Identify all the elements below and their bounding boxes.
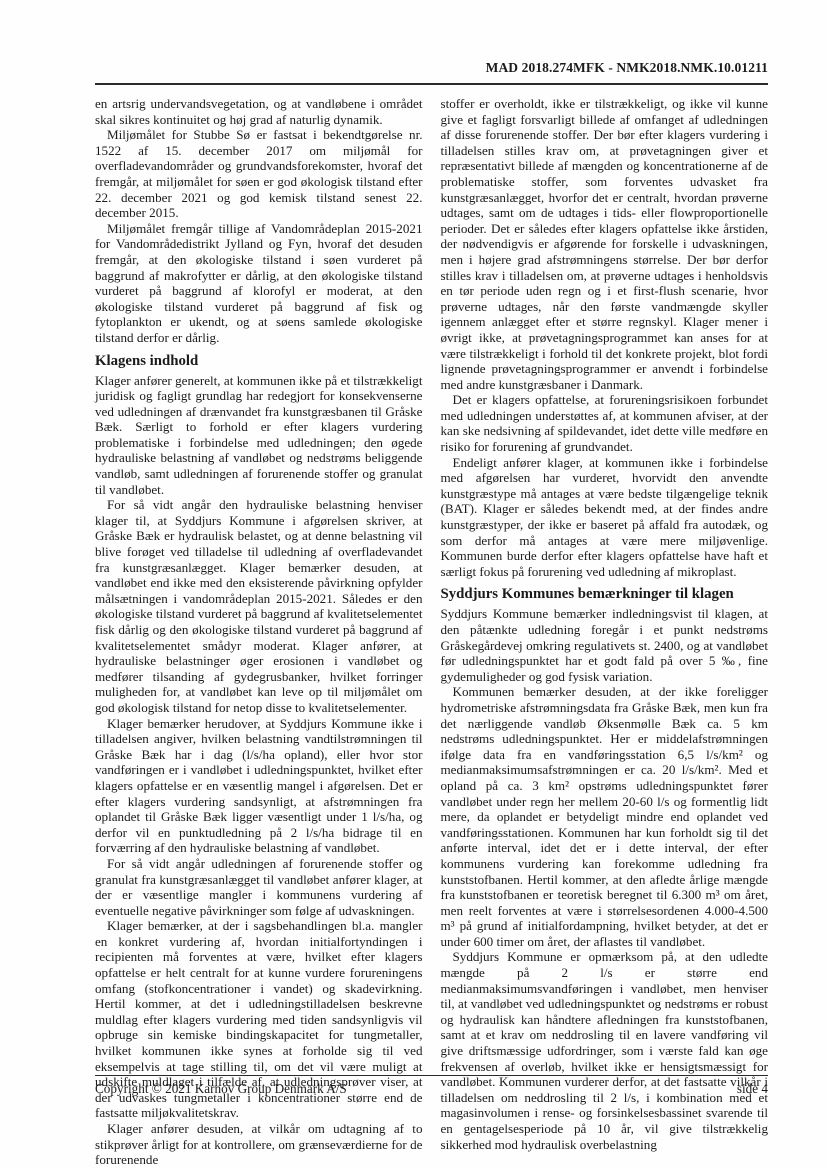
section-heading-klagens-indhold: Klagens indhold (95, 353, 423, 370)
paragraph: For så vidt angår den hydrauliske belast… (95, 497, 423, 715)
section-heading-kommunens-bemaerkninger: Syddjurs Kommunes bemærkninger til klage… (441, 586, 769, 603)
document-body: en artsrig undervandsvegetation, og at v… (95, 96, 768, 1168)
paragraph: en artsrig undervandsvegetation, og at v… (95, 96, 423, 127)
header-divider (95, 83, 768, 85)
paragraph: Kommunen bemærker desuden, at der ikke f… (441, 684, 769, 949)
paragraph: Klager bemærker herudover, at Syddjurs K… (95, 716, 423, 856)
paragraph: Miljømålet fremgår tillige af Vandområde… (95, 221, 423, 346)
column-right: stoffer er overholdt, ikke er tilstrække… (441, 96, 769, 1168)
paragraph: Miljømålet for Stubbe Sø er fastsat i be… (95, 127, 423, 221)
paragraph: Klager anfører generelt, at kommunen ikk… (95, 373, 423, 498)
footer: Copyright © 2021 Karnov Group Denmark A/… (95, 1081, 768, 1097)
footer-page-number: side 4 (737, 1081, 768, 1097)
document-page: MAD 2018.274MFK - NMK2018.NMK.10.01211 e… (0, 0, 828, 1169)
paragraph: Klager anfører desuden, at vilkår om udt… (95, 1121, 423, 1168)
paragraph: Syddjurs Kommune er opmærksom på, at den… (441, 949, 769, 1152)
paragraph: stoffer er overholdt, ikke er tilstrække… (441, 96, 769, 392)
footer-divider (95, 1075, 768, 1076)
document-reference: MAD 2018.274MFK - NMK2018.NMK.10.01211 (95, 60, 768, 76)
paragraph: Endeligt anfører klager, at kommunen ikk… (441, 455, 769, 580)
column-left: en artsrig undervandsvegetation, og at v… (95, 96, 423, 1168)
paragraph: Syddjurs Kommune bemærker indledningsvis… (441, 606, 769, 684)
paragraph: For så vidt angår udledningen af foruren… (95, 856, 423, 918)
paragraph: Det er klagers opfattelse, at forurening… (441, 392, 769, 454)
footer-copyright: Copyright © 2021 Karnov Group Denmark A/… (95, 1081, 347, 1097)
